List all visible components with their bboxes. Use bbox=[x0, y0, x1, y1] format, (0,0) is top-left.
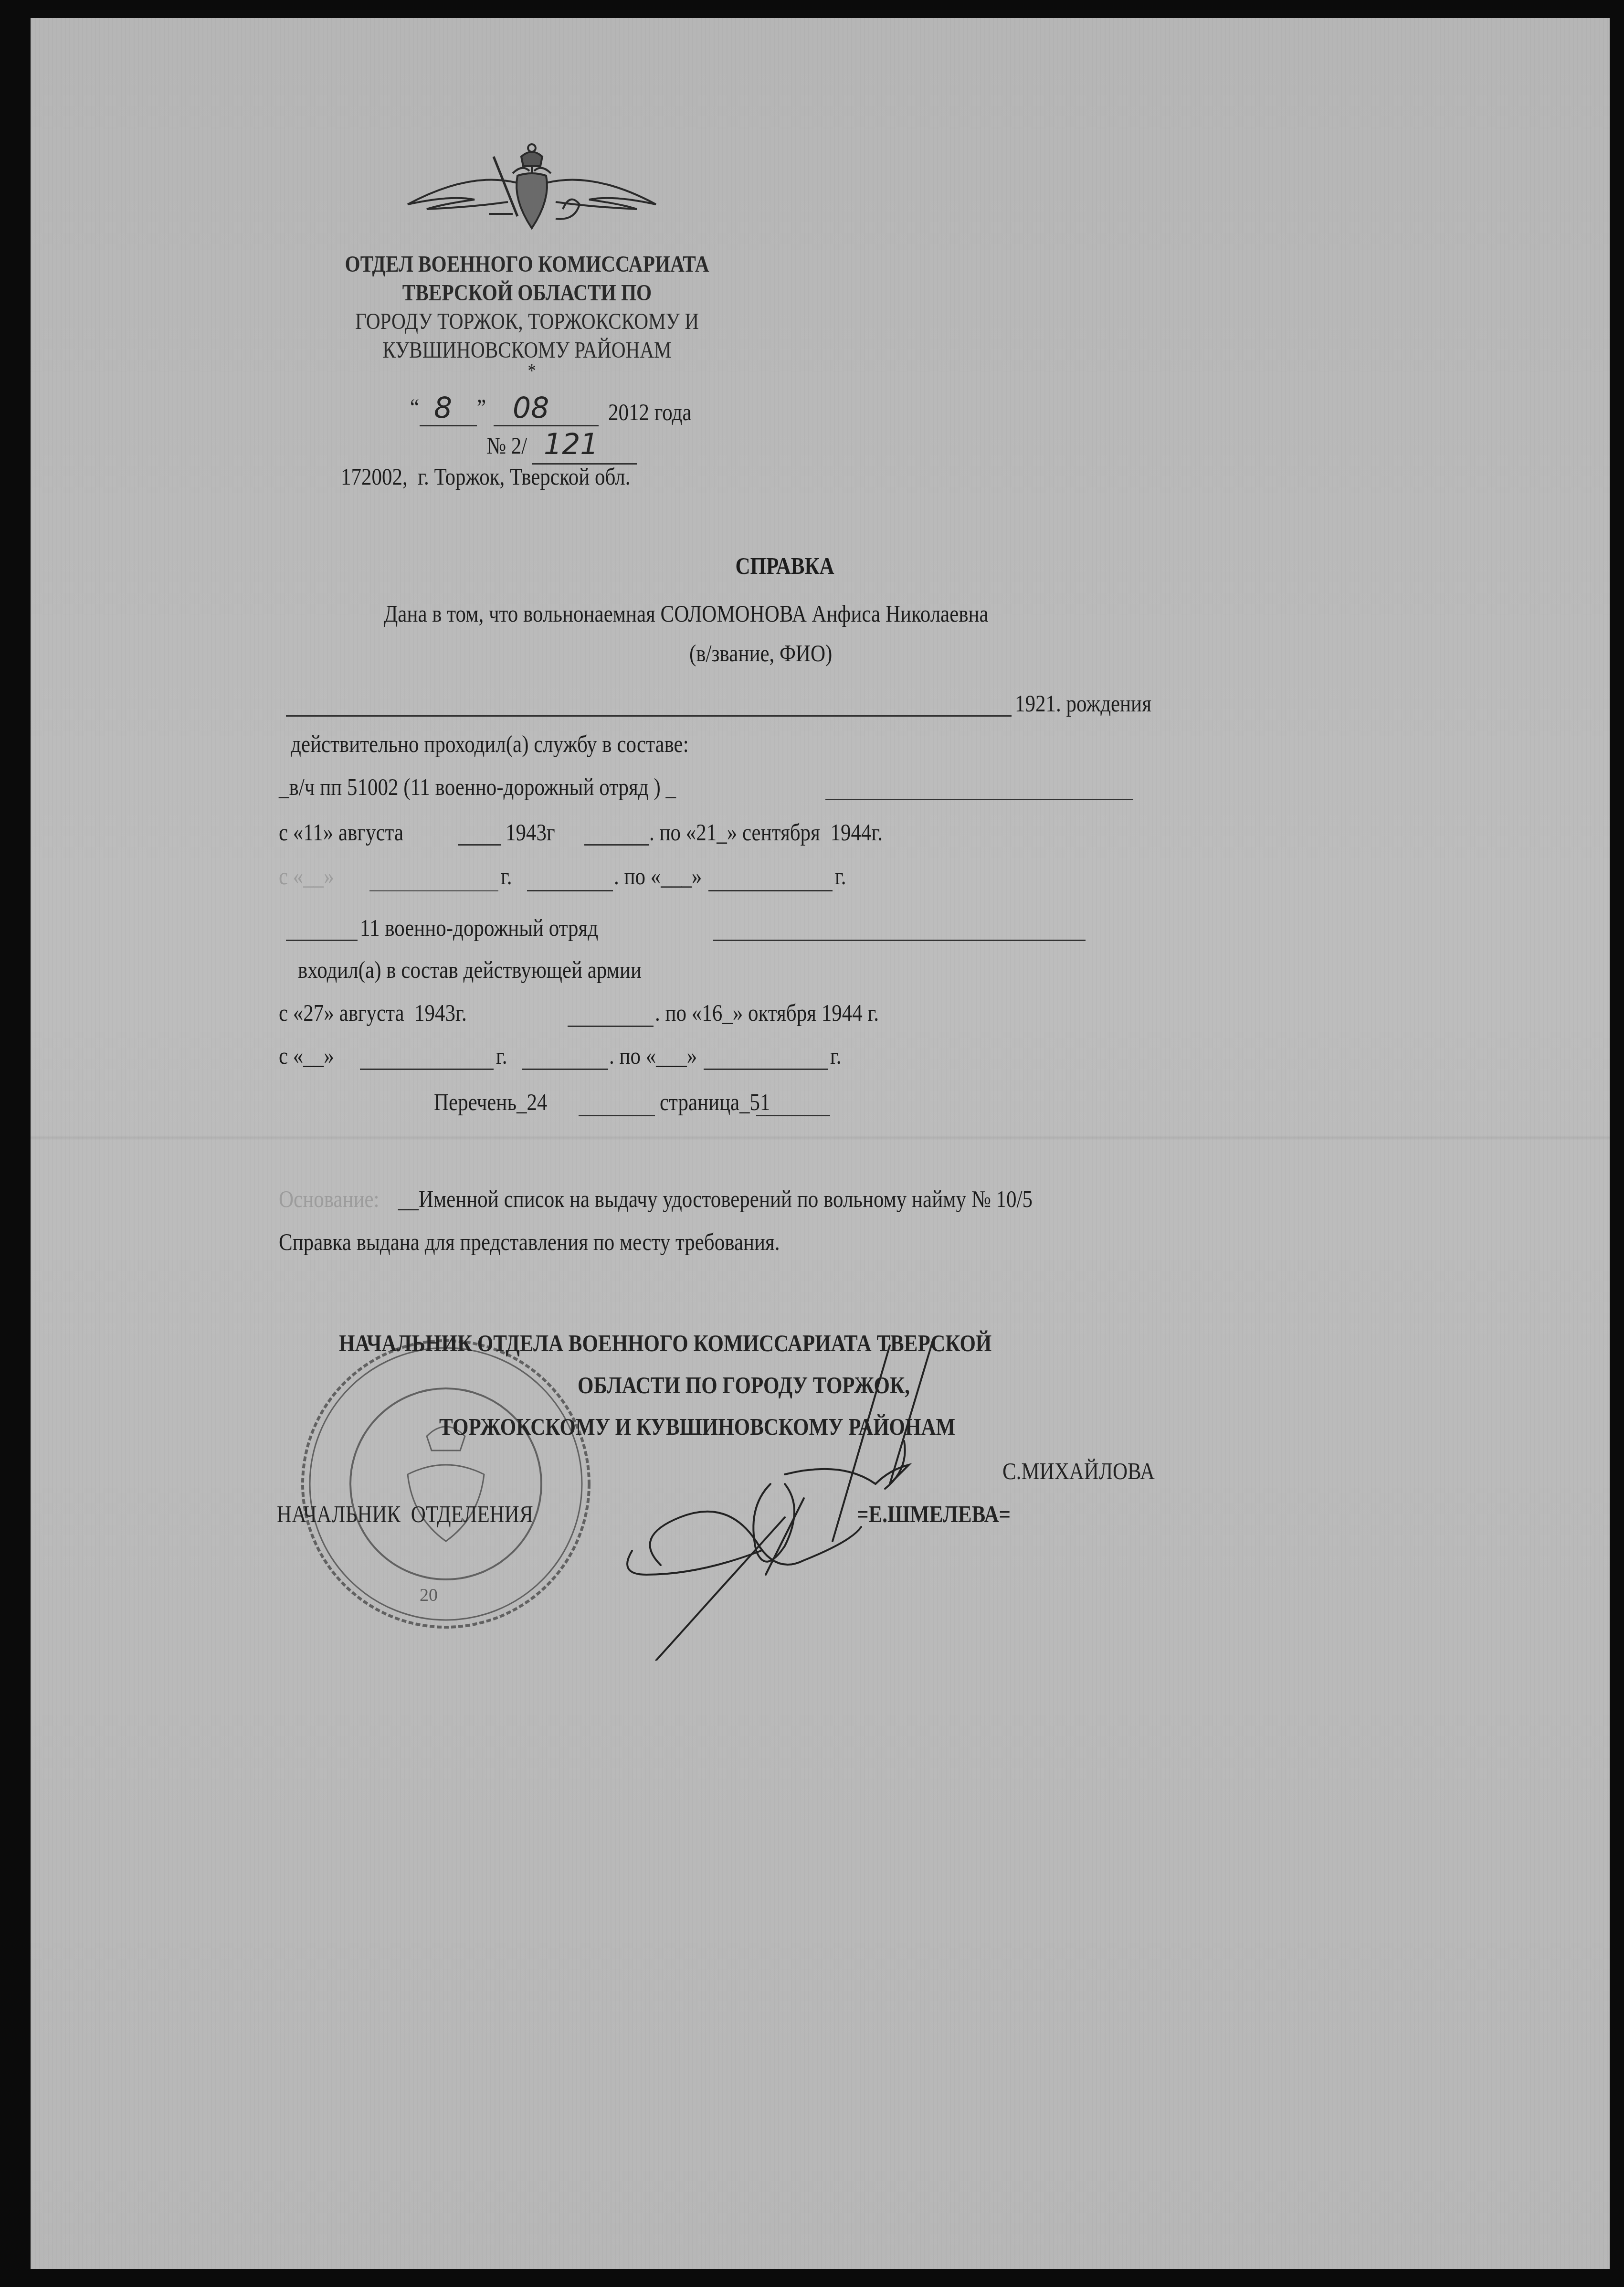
org-line-4: КУВШИНОВСКОМУ РАЙОНАМ bbox=[330, 339, 724, 362]
period2-blank-b bbox=[527, 890, 613, 891]
date-close-quote: ” bbox=[477, 395, 486, 419]
period2-to: . по «___» bbox=[614, 864, 702, 888]
period2-from: с «__» bbox=[279, 864, 334, 888]
doc-number-prefix: № 2/ bbox=[486, 434, 527, 457]
date-year: 2012 года bbox=[608, 400, 692, 424]
period4-to: . по «___» bbox=[609, 1044, 697, 1068]
org-line-2: ТВЕРСКОЙ ОБЛАСТИ ПО bbox=[330, 282, 724, 305]
period4-blank-c bbox=[704, 1069, 828, 1070]
period1-from-year: 1943г bbox=[506, 820, 555, 844]
period2-blank-a bbox=[369, 890, 498, 891]
page-number-blank bbox=[756, 1115, 830, 1116]
date-month-handwritten: 08 bbox=[513, 392, 549, 425]
unit-name-blank-a bbox=[286, 940, 358, 941]
org-line-1: ОТДЕЛ ВОЕННОГО КОМИССАРИАТА bbox=[330, 253, 724, 276]
period4-blank-b bbox=[522, 1069, 608, 1070]
service-text: действительно проходил(а) службу в соста… bbox=[291, 732, 689, 756]
birth-blank-line bbox=[286, 715, 1012, 717]
address: 172002, г. Торжок, Тверской обл. bbox=[341, 465, 630, 488]
period2-g2: г. bbox=[835, 864, 846, 888]
basis-text: __Именной список на выдачу удостоверений… bbox=[398, 1187, 1033, 1211]
period1-blank-a bbox=[458, 844, 501, 846]
date-day-underline bbox=[420, 425, 477, 426]
fold-crease bbox=[31, 1135, 1610, 1140]
period3-from: с «27» августа 1943г. bbox=[279, 1001, 467, 1025]
recipient-caption: (в/звание, ФИО) bbox=[689, 641, 832, 665]
date-month-underline bbox=[494, 425, 599, 426]
birth-year: 1921. рождения bbox=[1015, 691, 1151, 715]
date-open-quote: “ bbox=[410, 395, 419, 419]
unit-name: 11 военно-дорожный отряд bbox=[360, 916, 598, 940]
period3-to: . по «16_» октября 1944 г. bbox=[655, 1001, 879, 1025]
period1-to: . по «21_» сентября 1944г. bbox=[649, 820, 883, 844]
svg-text:20: 20 bbox=[420, 1585, 438, 1605]
period1-from: с «11» августа bbox=[279, 820, 403, 844]
date-day-handwritten: 8 bbox=[434, 392, 452, 425]
org-line-3: ГОРОДУ ТОРЖОК, ТОРЖОКСКОМУ И bbox=[309, 310, 745, 333]
double-headed-eagle-emblem-icon bbox=[398, 138, 665, 233]
unit-line-blank bbox=[825, 799, 1133, 800]
header-star: * bbox=[511, 361, 552, 380]
period4-from: с «__» bbox=[279, 1044, 334, 1068]
doc-number-handwritten: 121 bbox=[544, 428, 599, 461]
period2-g1: г. bbox=[501, 864, 512, 888]
unit-name-blank-b bbox=[713, 940, 1086, 941]
document-title: СПРАВКА bbox=[703, 554, 867, 578]
unit-line: _в/ч пп 51002 (11 военно-дорожный отряд … bbox=[279, 775, 676, 799]
purpose-text: Справка выдана для представления по мест… bbox=[279, 1230, 780, 1254]
period3-blank bbox=[568, 1026, 654, 1027]
period1-blank-b bbox=[584, 844, 649, 846]
period4-g2: г. bbox=[830, 1044, 842, 1068]
period2-blank-c bbox=[708, 890, 833, 891]
basis-label: Основание: bbox=[279, 1187, 384, 1211]
page-number: страница_51 bbox=[660, 1090, 770, 1114]
document-page: ОТДЕЛ ВОЕННОГО КОМИССАРИАТА ТВЕРСКОЙ ОБЛ… bbox=[31, 18, 1610, 2269]
army-text: входил(а) в состав действующей армии bbox=[298, 958, 642, 982]
period4-g1: г. bbox=[496, 1044, 507, 1068]
period4-blank-a bbox=[360, 1069, 494, 1070]
list-number: Перечень_24 bbox=[434, 1090, 547, 1114]
recipient-line: Дана в том, что вольнонаемная СОЛОМОНОВА… bbox=[384, 602, 989, 625]
dept-head-title: НАЧАЛЬНИК ОТДЕЛЕНИЯ bbox=[277, 1502, 533, 1526]
handwritten-signature bbox=[603, 1326, 1033, 1661]
list-number-blank bbox=[579, 1115, 655, 1116]
